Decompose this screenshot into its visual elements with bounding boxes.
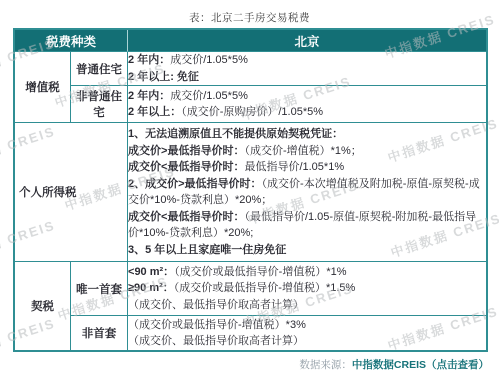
table-row: 契税 唯一首套 <90 m²：（成交价或最低指导价-增值税）*1% ≥90 m²… (15, 262, 486, 316)
table-row: 个人所得税 1、无法追溯原值且不能提供原始契税凭证： 成交价>最低指导价时：（成… (15, 123, 486, 262)
line-text: （成交价或最低指导价-增值税）*3% (128, 319, 306, 331)
formula-line: 2 年以上：（成交价-原购房价）/1.05*5% (128, 104, 486, 121)
row-header-deed-tax: 契税 (15, 262, 71, 350)
row-header-income-tax: 个人所得税 (15, 123, 128, 262)
formula-line: 3、5 年以上且家庭唯一住房免征 (128, 242, 486, 259)
cell-vat-non-ordinary: 2 年内：成交价/1.05*5% 2 年以上：（成交价-原购房价）/1.05*5… (128, 86, 486, 123)
line-text: （成交价、最低指导价取高者计算） (128, 335, 304, 347)
line-prefix: ≥90 m²： (128, 282, 174, 294)
line-text: 最低指导价/1.05*1% (244, 161, 344, 173)
line-prefix: 成交价>最低指导价时： (128, 145, 244, 157)
row-header-ordinary-housing: 普通住宅 (71, 52, 128, 86)
tax-table: 税费种类 北京 增值税 普通住宅 2 年内：成交价/1.05*5% 2 年以上:… (13, 28, 488, 352)
cell-deed-tax-non-first-home: （成交价或最低指导价-增值税）*3% （成交价、最低指导价取高者计算） (128, 316, 486, 350)
line-prefix: 2 年以上: 免征 (128, 71, 199, 83)
line-text: （成交价、最低指导价取高者计算） (128, 299, 304, 311)
formula-line: ≥90 m²：（成交价或最低指导价-增值税）*1.5% (128, 280, 486, 297)
line-prefix: 2、成交价>最低指导价时： (128, 178, 262, 190)
formula-line: 成交价<最低指导价时：（最低指导价/1.05-原值-原契税-附加税-最低指导价*… (128, 209, 486, 242)
formula-line: 成交价<最低指导价时：最低指导价/1.05*1% (128, 159, 486, 176)
table-caption: 表：北京二手房交易税费 (0, 10, 499, 25)
line-text: 成交价/1.05*5% (170, 54, 248, 66)
line-prefix: 2 年以上： (128, 106, 181, 118)
page: 中指数据 CREIS 中指数据 CREIS 中指数据 CREIS 中指数据 CR… (0, 0, 499, 374)
cell-deed-tax-first-home: <90 m²：（成交价或最低指导价-增值税）*1% ≥90 m²：（成交价或最低… (128, 262, 486, 316)
formula-line: （成交价或最低指导价-增值税）*3% (128, 317, 486, 334)
formula-line: 2 年以上: 免征 (128, 69, 486, 86)
formula-line: 2 年内：成交价/1.05*5% (128, 88, 486, 105)
data-source-link[interactable]: 中指数据CREIS（点击查看） (352, 359, 489, 371)
formula-line: 成交价>最低指导价时：（成交价-增值税）*1%； (128, 143, 486, 160)
cell-vat-ordinary: 2 年内：成交价/1.05*5% 2 年以上: 免征 (128, 52, 486, 86)
line-prefix: <90 m²： (128, 266, 174, 278)
table-row: 增值税 普通住宅 2 年内：成交价/1.05*5% 2 年以上: 免征 (15, 52, 486, 86)
row-header-vat: 增值税 (15, 52, 71, 123)
line-prefix: 2 年内： (128, 90, 170, 102)
formula-line: 1、无法追溯原值且不能提供原始契税凭证： (128, 126, 486, 143)
table-row: 非首套 （成交价或最低指导价-增值税）*3% （成交价、最低指导价取高者计算） (15, 316, 486, 350)
line-prefix: 3、5 年以上且家庭唯一住房免征 (128, 244, 286, 256)
formula-line: <90 m²：（成交价或最低指导价-增值税）*1% (128, 264, 486, 281)
line-prefix: 1、无法追溯原值且不能提供原始契税凭证： (128, 128, 343, 140)
header-cell-tax-type: 税费种类 (15, 30, 128, 52)
formula-line: 2、成交价>最低指导价时：（成交价-本次增值税及附加税-原值-原契税-成交价*1… (128, 176, 486, 209)
line-prefix: 成交价<最低指导价时： (128, 211, 244, 223)
data-source-label: 数据来源： (299, 359, 352, 371)
line-prefix: 2 年内： (128, 54, 170, 66)
formula-line: （成交价、最低指导价取高者计算） (128, 297, 486, 314)
row-header-non-ordinary-housing: 非普通住宅 (71, 86, 128, 123)
table-row: 非普通住宅 2 年内：成交价/1.05*5% 2 年以上：（成交价-原购房价）/… (15, 86, 486, 123)
row-header-first-home: 唯一首套 (71, 262, 128, 316)
formula-line: （成交价、最低指导价取高者计算） (128, 333, 486, 350)
line-text: （成交价-原购房价）/1.05*5% (181, 106, 323, 118)
line-text: （成交价-增值税）*1%； (244, 145, 361, 157)
header-row: 税费种类 北京 (15, 30, 486, 52)
line-text: （成交价或最低指导价-增值税）*1.5% (174, 282, 356, 294)
line-prefix: 成交价<最低指导价时： (128, 161, 244, 173)
formula-line: 2 年内：成交价/1.05*5% (128, 52, 486, 69)
row-header-non-first-home: 非首套 (71, 316, 128, 350)
data-source: 数据来源：中指数据CREIS（点击查看） (299, 357, 489, 372)
header-cell-city: 北京 (128, 30, 486, 52)
line-text: （成交价或最低指导价-增值税）*1% (174, 266, 346, 278)
cell-income-tax: 1、无法追溯原值且不能提供原始契税凭证： 成交价>最低指导价时：（成交价-增值税… (128, 123, 486, 262)
line-text: 成交价/1.05*5% (170, 90, 248, 102)
